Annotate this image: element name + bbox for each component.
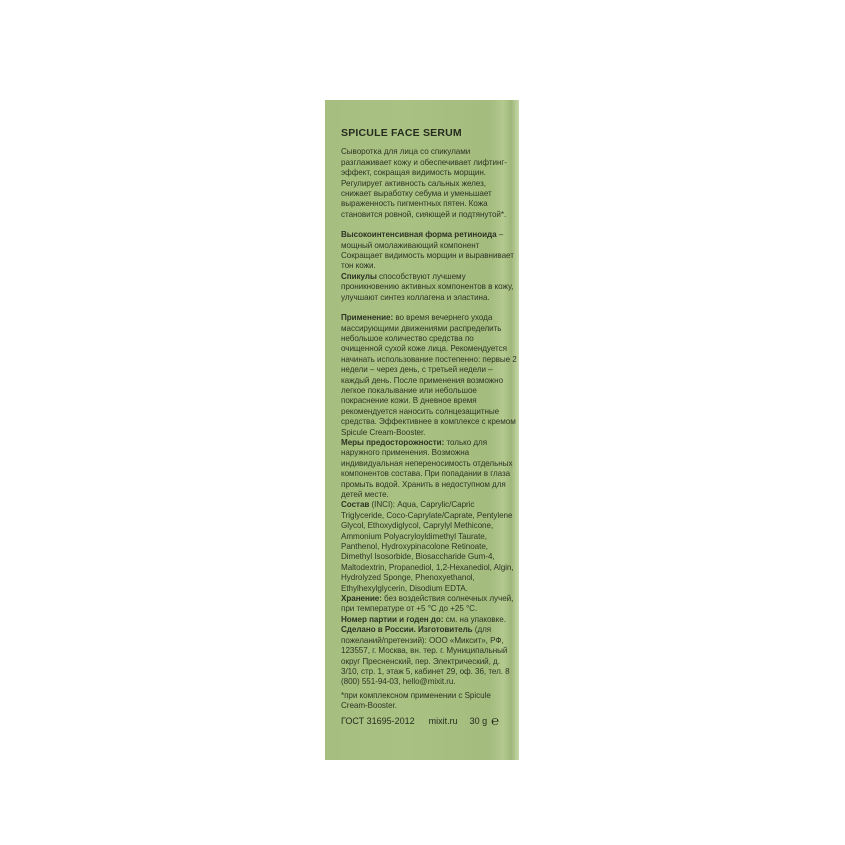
spicules-paragraph: Спикулы способствуют лучшему проникновен… [341, 272, 517, 303]
label-text: SPICULE FACE SERUM Сыворотка для лица со… [341, 128, 517, 712]
usage-label: Применение: [341, 313, 393, 322]
made-text: (для пожеланий/претензий): ООО «Миксит»,… [341, 625, 510, 686]
product-title: SPICULE FACE SERUM [341, 128, 517, 138]
storage-label: Хранение: [341, 594, 382, 603]
manufacturer-paragraph: Сделано в России. Изготовитель (для поже… [341, 625, 517, 687]
storage-paragraph: Хранение: без воздействия солнечных луче… [341, 594, 517, 615]
usage-text: во время вечернего ухода массирующими дв… [341, 313, 517, 436]
batch-paragraph: Номер партии и годен до: см. на упаковке… [341, 615, 517, 625]
estimated-sign-icon: ℮ [491, 716, 499, 726]
website: mixit.ru [429, 716, 458, 726]
made-label: Сделано в России. Изготовитель [341, 625, 473, 634]
spicules-label: Спикулы [341, 272, 377, 281]
batch-label: Номер партии и годен до: [341, 615, 443, 624]
precautions-label: Меры предосторожности: [341, 438, 444, 447]
net-weight: 30 g [470, 716, 488, 726]
precautions-paragraph: Меры предосторожности: только для наружн… [341, 438, 517, 500]
label-footer: ГОСТ 31695-2012 mixit.ru 30 g ℮ [341, 716, 513, 726]
product-box: SPICULE FACE SERUM Сыворотка для лица со… [325, 100, 519, 760]
intro-text: Сыворотка для лица со спикулами разглажи… [341, 147, 517, 220]
usage-paragraph: Применение: во время вечернего ухода мас… [341, 313, 517, 438]
composition-paragraph: Состав (INCI): Aqua, Caprylic/Capric Tri… [341, 500, 517, 594]
composition-label: Состав [341, 500, 369, 509]
batch-text: см. на упаковке. [443, 615, 505, 624]
retinoid-label: Высокоинтенсивная форма ретиноида [341, 230, 497, 239]
footnote: *при комплексном применении с Spicule Cr… [341, 691, 517, 712]
retinoid-paragraph: Высокоинтенсивная форма ретиноида – мощн… [341, 230, 517, 272]
gost-standard: ГОСТ 31695-2012 [341, 716, 415, 726]
composition-text: (INCI): Aqua, Caprylic/Capric Triglyceri… [341, 500, 514, 592]
precautions-text: только для наружного применения. Возможн… [341, 438, 512, 499]
